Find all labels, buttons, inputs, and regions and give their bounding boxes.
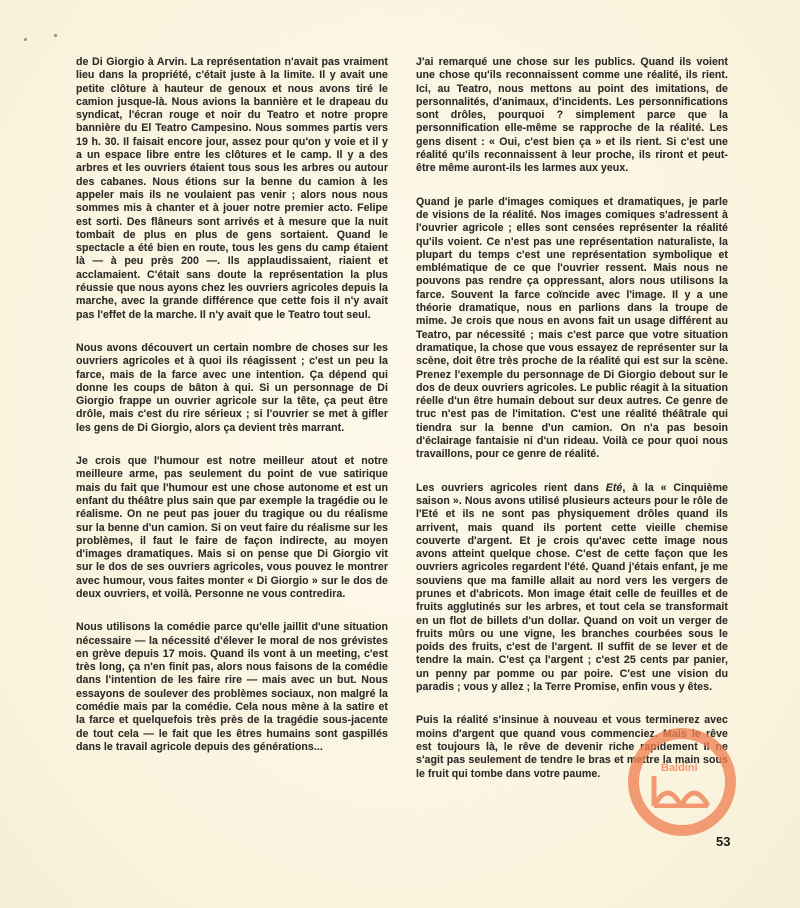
italic-play-title: Eté xyxy=(606,482,623,494)
paragraph-text: , à la « Cinquième saison ». Nous avons … xyxy=(416,482,728,693)
left-text-column: de Di Giorgio à Arvin. La représentation… xyxy=(76,56,388,774)
paper-speck xyxy=(54,34,57,37)
paragraph: Nous utilisons la comédie parce qu'elle … xyxy=(76,621,388,754)
paragraph: de Di Giorgio à Arvin. La représentation… xyxy=(76,56,388,322)
right-text-column: J'ai remarqué une chose sur les publics.… xyxy=(416,56,728,801)
paragraph: Puis la réalité s'insinue à nouveau et v… xyxy=(416,714,728,780)
paragraph: Quand je parle d'images comiques et dram… xyxy=(416,196,728,462)
page-number: 53 xyxy=(716,834,730,849)
paragraph-text: Les ouvriers agricoles rient dans xyxy=(416,482,606,494)
scanned-magazine-page: de Di Giorgio à Arvin. La représentation… xyxy=(0,0,800,908)
paragraph: Je crois que l'humour est notre meilleur… xyxy=(76,455,388,601)
paper-speck xyxy=(24,38,27,41)
paragraph: Nous avons découvert un certain nombre d… xyxy=(76,342,388,435)
paragraph-with-italic-title: Les ouvriers agricoles rient dans Eté, à… xyxy=(416,482,728,695)
paragraph: J'ai remarqué une chose sur les publics.… xyxy=(416,56,728,176)
